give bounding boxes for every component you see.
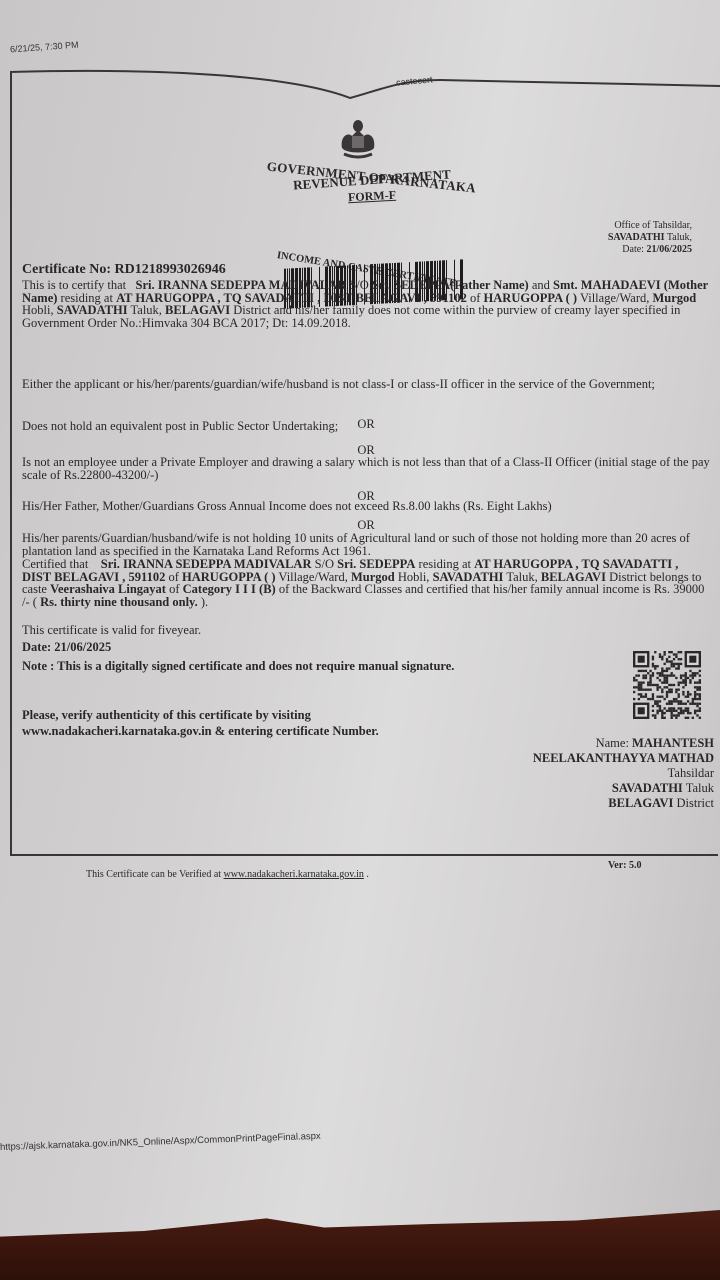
or-separator: OR [22, 519, 710, 532]
signatory-taluk: SAVADATHI [612, 781, 683, 795]
version-label: Ver: 5.0 [608, 860, 642, 871]
condition-1: Either the applicant or his/her/parents/… [22, 378, 710, 391]
certification-paragraph-1: This is to certify that Sri. IRANNA SEDE… [22, 279, 710, 329]
state-emblem-icon [336, 118, 380, 160]
condition-3: Is not an employee under a Private Emplo… [22, 456, 710, 481]
office-line: Office of Tahsildar, [608, 220, 692, 232]
document-header: GOVERNMENT OF KARNATAKA REVENUE DEPARTME… [262, 158, 482, 204]
certification-paragraph-2: Certified that Sri. IRANNA SEDEPPA MADIV… [22, 558, 710, 608]
taluk-label: Taluk [686, 781, 714, 795]
verify-text: This Certificate can be Verified at [86, 869, 224, 880]
print-timestamp: 6/21/25, 7:30 PM [10, 40, 79, 55]
verification-footer: This Certificate can be Verified at www.… [86, 869, 369, 880]
verify-instruction: Please, verify authenticity of this cert… [22, 707, 472, 739]
certificate-number-label: Certificate No: [22, 262, 111, 277]
issue-date: Date: 21/06/2025 [22, 641, 710, 654]
signatory-name-cont: NEELAKANTHAYYA MATHAD [533, 751, 714, 765]
signatory-name-label: Name: [596, 736, 629, 750]
print-footer-url: https://ajsk.karnataka.gov.in/NK5_Online… [0, 1131, 321, 1153]
annual-income: 39000 [673, 582, 704, 596]
text: ). [198, 595, 208, 609]
wooden-table-surface [0, 1210, 720, 1280]
district-label: District [677, 796, 715, 810]
text: of the Backward Classes and certified th… [276, 582, 673, 596]
certificate-number: Certificate No: RD1218993026946 [22, 262, 226, 278]
condition-2: Does not hold an equivalent post in Publ… [22, 420, 710, 433]
signatory-name: MAHANTESH [632, 736, 714, 750]
certificate-number-value: RD1218993026946 [115, 262, 226, 277]
verify-link[interactable]: www.nadakacheri.karnataka.gov.in [224, 869, 364, 880]
office-block: Office of Tahsildar, SAVADATHI Taluk, Da… [608, 220, 692, 256]
digital-signature-note: Note : This is a digitally signed certif… [22, 658, 462, 674]
condition-5: His/her parents/Guardian/husband/wife is… [22, 532, 710, 557]
validity-text: This certificate is valid for fiveyear. [22, 624, 710, 637]
condition-4: His/Her Father, Mother/Guardians Gross A… [22, 500, 710, 513]
qr-code[interactable] [633, 651, 701, 719]
text: . [364, 869, 369, 880]
signatory-block: Name: MAHANTESH NEELAKANTHAYYA MATHAD Ta… [533, 736, 714, 811]
signatory-designation: Tahsildar [533, 766, 714, 781]
office-taluk-label: Taluk, [667, 232, 692, 243]
text: /- ( [22, 595, 40, 609]
office-taluk: SAVADATHI [608, 232, 665, 243]
or-label: OR [22, 519, 710, 532]
signatory-district: BELAGAVI [608, 796, 673, 810]
office-date: 21/06/2025 [646, 244, 692, 255]
annual-income-words: Rs. thirty nine thousand only. [40, 595, 198, 609]
office-date-label: Date: [622, 244, 644, 255]
